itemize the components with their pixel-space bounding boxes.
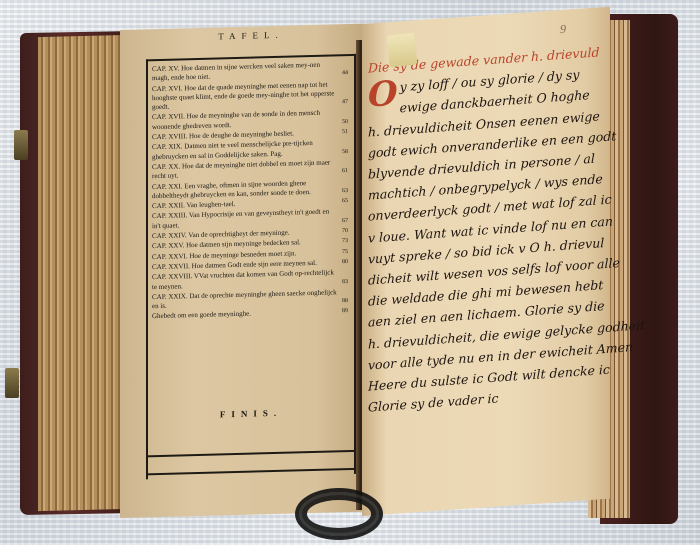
manuscript-lines: y zy loff / ou sy glorie / dy syewige da… [368,62,604,418]
page-number: 63 [342,187,348,196]
page-number: 88 [342,297,348,306]
page-number: 65 [342,197,348,206]
chapter-number: CAP. XXIX. [152,292,188,301]
red-initial: O [368,77,398,113]
page-number: 75 [342,248,348,257]
chapter-number: CAP. XX. [152,162,180,171]
page-number: 73 [342,237,348,246]
clasp-bottom [5,368,19,398]
chapter-number: CAP. XXVI. [152,252,188,261]
page-number: 50 [342,118,348,127]
chapter-number: CAP. XXIII. [152,212,187,221]
printed-frame: TAFEL. CAP. XV. Hoe datmen in sijne werc… [146,54,356,479]
frame-rule-bottom-outer [146,468,356,475]
chapter-number: CAP. XVII. [152,113,185,122]
chapter-title: Ghebedt om een goede meyninghe. [152,310,251,321]
clasp-top [14,130,28,160]
finis-label: FINIS. [148,406,354,421]
chapter-title: Van de oprechtigheyt der meyninge. [188,229,289,240]
page-number: 44 [342,69,348,78]
chapter-title: Hoe de meyninge besneden moet zijn. [189,249,296,260]
chapter-title: Hoe datmen sijn meyninge bedecken sal. [186,239,301,250]
chapter-title: Hoe de deughe de meyninghe besliet. [189,130,294,141]
folio-number: 9 [560,22,566,37]
toc-header: TAFEL. [148,28,354,43]
chapter-number: CAP. XIX. [152,143,183,152]
manuscript-text: Die sy de gewade vander h. drievuld O y … [368,41,604,418]
page-number: 47 [342,98,348,107]
page-number: 70 [342,227,348,236]
chapter-number: CAP. XXVII. [152,262,190,271]
chapter-number: CAP. XVI. [152,84,183,93]
table-of-contents: CAP. XV. Hoe datmen in sijne wercken vee… [152,60,348,323]
page-number: 89 [342,307,348,316]
frame-rule-bottom [146,450,356,457]
left-page-edges [38,35,128,511]
chapter-number: CAP. XXIV. [152,231,187,240]
bookmark-tab [386,33,417,68]
right-page-manuscript: 9 Die sy de gewade vander h. drievuld O … [362,7,610,516]
chapter-number: CAP. XVIII. [152,132,187,141]
chapter-number: CAP. XV. [152,64,179,73]
chapter-number: CAP. XXII. [152,201,185,210]
page-number: 61 [342,167,348,176]
chapter-number: CAP. XXI. [152,182,183,191]
chapter-number: CAP. XXVIII. [152,272,192,281]
page-number: 58 [342,148,348,157]
chapter-number: CAP. XXV. [152,242,184,251]
page-number: 83 [342,278,348,287]
page-number: 80 [342,258,348,267]
chapter-title: Van leughen-tael. [187,200,236,209]
left-page: TAFEL. CAP. XV. Hoe datmen in sijne werc… [120,24,364,518]
toc-entry: CAP. XVI. Hoe dat de quade meyninghe met… [152,80,348,113]
page-number: 67 [342,217,348,226]
black-cord [295,488,383,540]
page-number: 51 [342,128,348,137]
